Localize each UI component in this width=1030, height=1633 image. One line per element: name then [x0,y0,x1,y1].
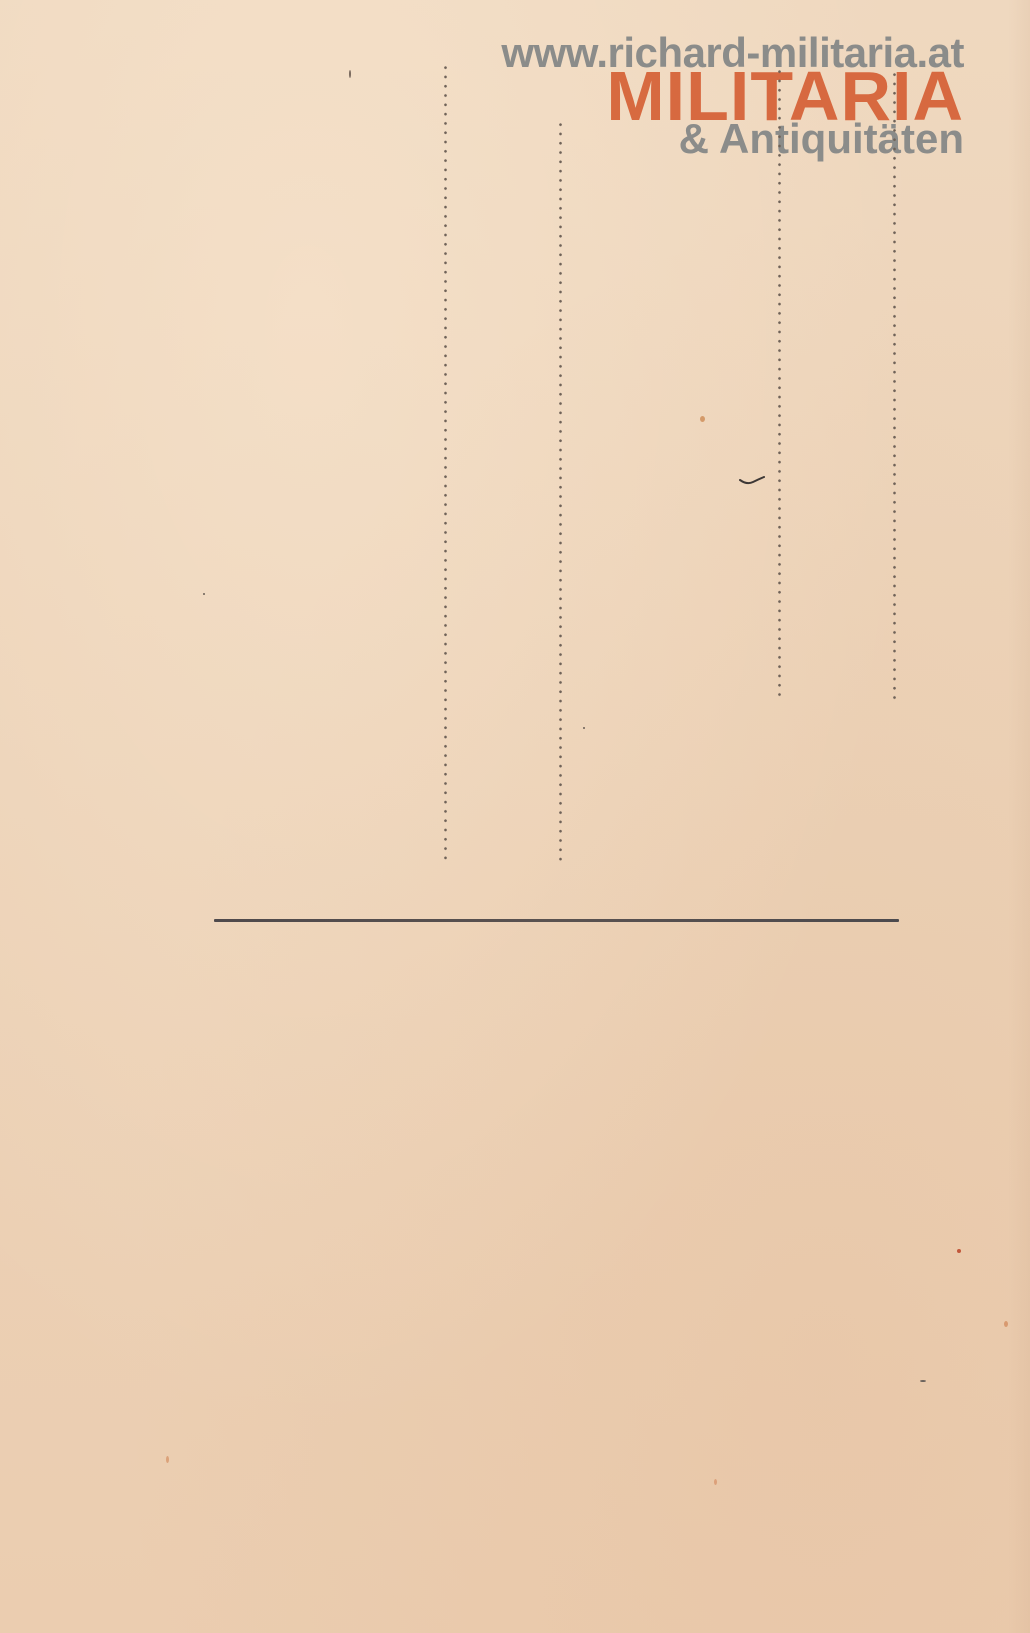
foxing-speck [349,70,351,78]
foxing-speck [714,1479,717,1485]
watermark-subtitle: & Antiquitäten [679,118,964,160]
foxing-speck [203,593,205,595]
foxing-speck [166,1456,169,1463]
dotted-line-1 [444,63,447,863]
foxing-speck [1004,1321,1008,1327]
paper-edge-shading [1008,0,1030,1633]
foxing-speck [700,416,705,422]
foxing-speck [920,1380,926,1382]
foxing-speck [583,727,585,729]
dotted-line-2 [559,120,562,863]
dotted-line-4 [893,70,896,702]
dotted-line-3 [778,67,781,702]
foxing-speck [957,1249,961,1253]
divider-line [214,919,899,922]
ink-mark [739,476,765,486]
